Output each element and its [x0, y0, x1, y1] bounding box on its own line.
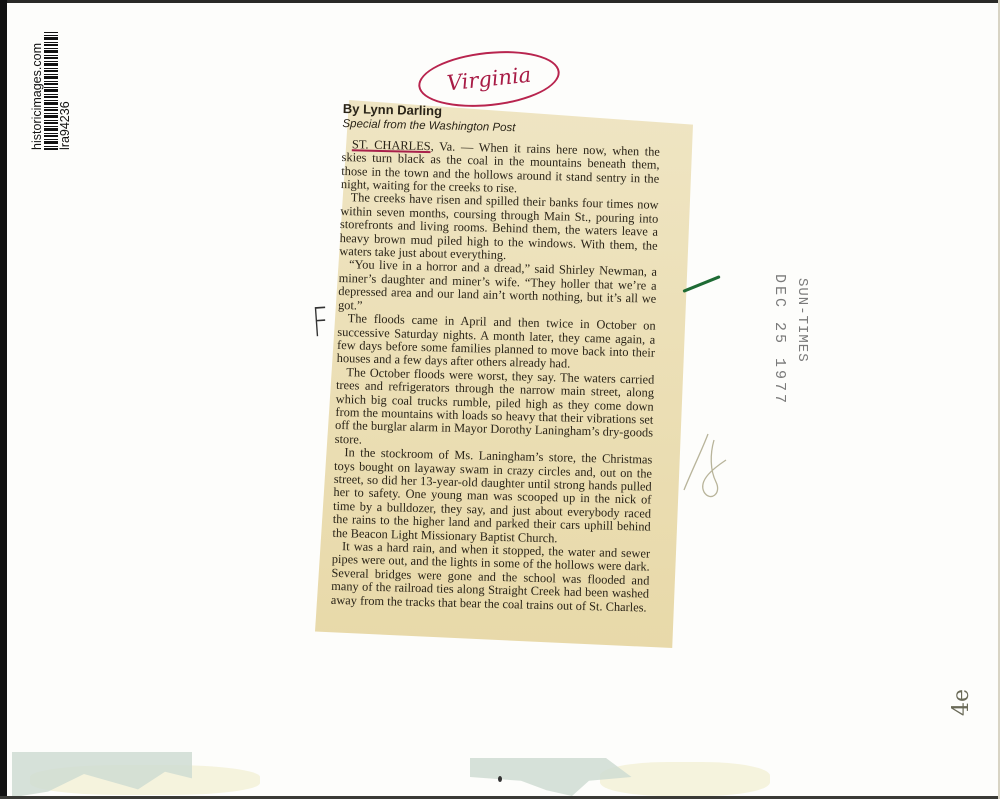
archive-id-label: lra94236 — [58, 101, 72, 150]
ink-speck — [498, 776, 502, 782]
letter-mark-annotation: F — [311, 299, 330, 346]
paper-stain — [600, 762, 770, 796]
stamp-publication: SUN-TIMES — [794, 278, 810, 363]
article-paragraph: The floods came in April and then twice … — [337, 312, 656, 373]
article-paragraph: The creeks have risen and spilled their … — [339, 191, 659, 266]
pencil-signature-icon — [680, 430, 730, 502]
archive-stamp: historicimages.com lra94236 — [30, 10, 80, 150]
article-column: By Lynn Darling Special from the Washing… — [331, 102, 661, 615]
photo-border-top — [0, 0, 1000, 3]
corner-number-annotation: 4e — [949, 689, 974, 716]
article-paragraph: The October floods were worst, they say.… — [335, 366, 655, 454]
article-paragraph: ST. CHARLES, Va. — When it rains here no… — [341, 138, 660, 199]
location-handwritten-text: Virginia — [446, 63, 533, 96]
article-paragraph: “You live in a horror and a dread,” said… — [338, 258, 657, 319]
stamp-date: DEC 25 1977 — [771, 274, 788, 406]
article-paragraph: In the stockroom of Ms. Laningham’s stor… — [332, 446, 652, 548]
barcode-icon — [44, 32, 58, 150]
photo-border-left — [0, 0, 7, 799]
article-paragraph: It was a hard rain, and when it stopped,… — [331, 540, 651, 615]
date-received-stamp: SUN-TIMES DEC 25 1977 — [710, 278, 810, 388]
archive-site-label: historicimages.com — [30, 43, 44, 150]
newspaper-clipping: By Lynn Darling Special from the Washing… — [315, 100, 693, 648]
